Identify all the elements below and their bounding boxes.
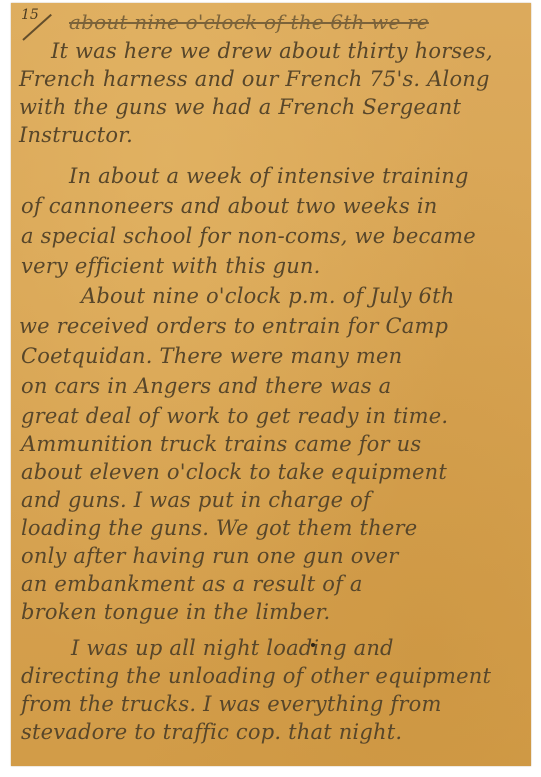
text-line-13: great deal of work to get ready in time. [21, 403, 448, 429]
text-line-23: from the trucks. I was everything from [21, 691, 442, 717]
text-line-5: In about a week of intensive training [69, 163, 469, 189]
ink-dot [311, 643, 315, 647]
text-line-4: Instructor. [19, 122, 133, 148]
text-line-1: It was here we drew about thirty horses, [51, 38, 493, 64]
text-line-19: an embankment as a result of a [21, 571, 363, 597]
text-line-15: about eleven o'clock to take equipment [21, 459, 447, 485]
text-line-20: broken tongue in the limber. [21, 599, 330, 625]
letter-page: 15 about nine o'clock of the 6th we re I… [11, 3, 531, 766]
text-line-22: directing the unloading of other equipme… [21, 663, 491, 689]
text-line-2: French harness and our French 75's. Alon… [19, 66, 490, 92]
text-line-10: we received orders to entrain for Camp [19, 313, 448, 339]
text-line-12: on cars in Angers and there was a [21, 373, 391, 399]
text-line-14: Ammunition truck trains came for us [21, 431, 421, 457]
text-line-16: and guns. I was put in charge of [21, 487, 371, 513]
text-line-21: I was up all night loading and [71, 635, 394, 661]
text-line-18: only after having run one gun over [21, 543, 399, 569]
text-line-9: About nine o'clock p.m. of July 6th [81, 283, 454, 309]
text-line-7: a special school for non-coms, we became [21, 223, 476, 249]
struck-through-line: about nine o'clock of the 6th we re [69, 9, 429, 35]
text-line-6: of cannoneers and about two weeks in [21, 193, 438, 219]
text-line-8: very efficient with this gun. [21, 253, 321, 279]
text-line-11: Coetquidan. There were many men [21, 343, 402, 369]
text-line-24: stevadore to traffic cop. that night. [21, 719, 402, 745]
page-number: 15 [21, 7, 39, 23]
text-line-3: with the guns we had a French Sergeant [19, 94, 461, 120]
text-line-17: loading the guns. We got them there [21, 515, 417, 541]
